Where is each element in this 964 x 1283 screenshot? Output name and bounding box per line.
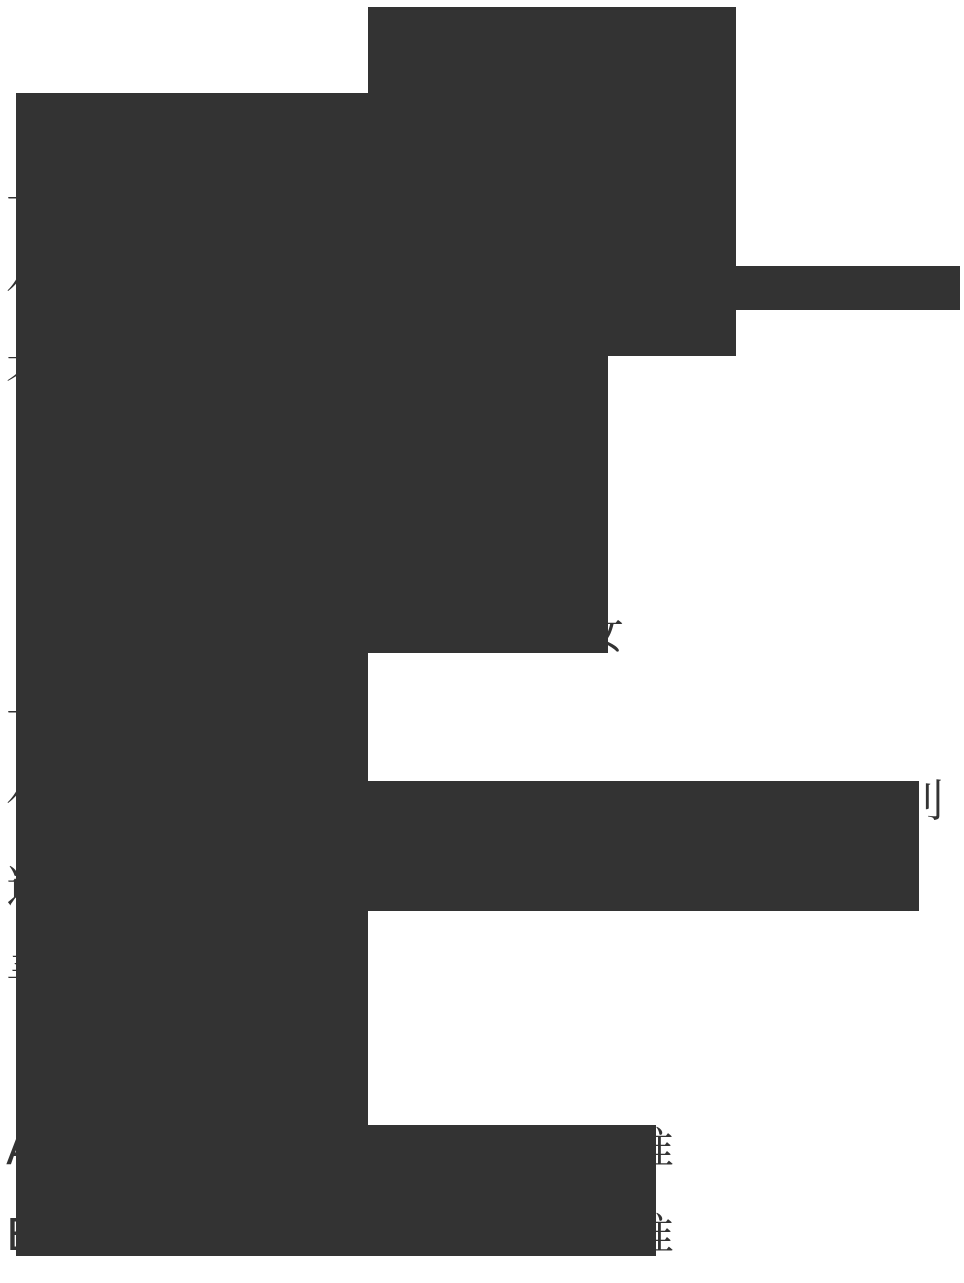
redaction-block-right-bar-mid xyxy=(368,781,919,911)
redaction-block-left-main xyxy=(16,93,368,1256)
redaction-block-right-bar-top xyxy=(736,266,960,310)
redaction-block-mid xyxy=(368,356,608,653)
redaction-block-top xyxy=(368,7,736,356)
redaction-block-bottom xyxy=(368,1125,656,1256)
